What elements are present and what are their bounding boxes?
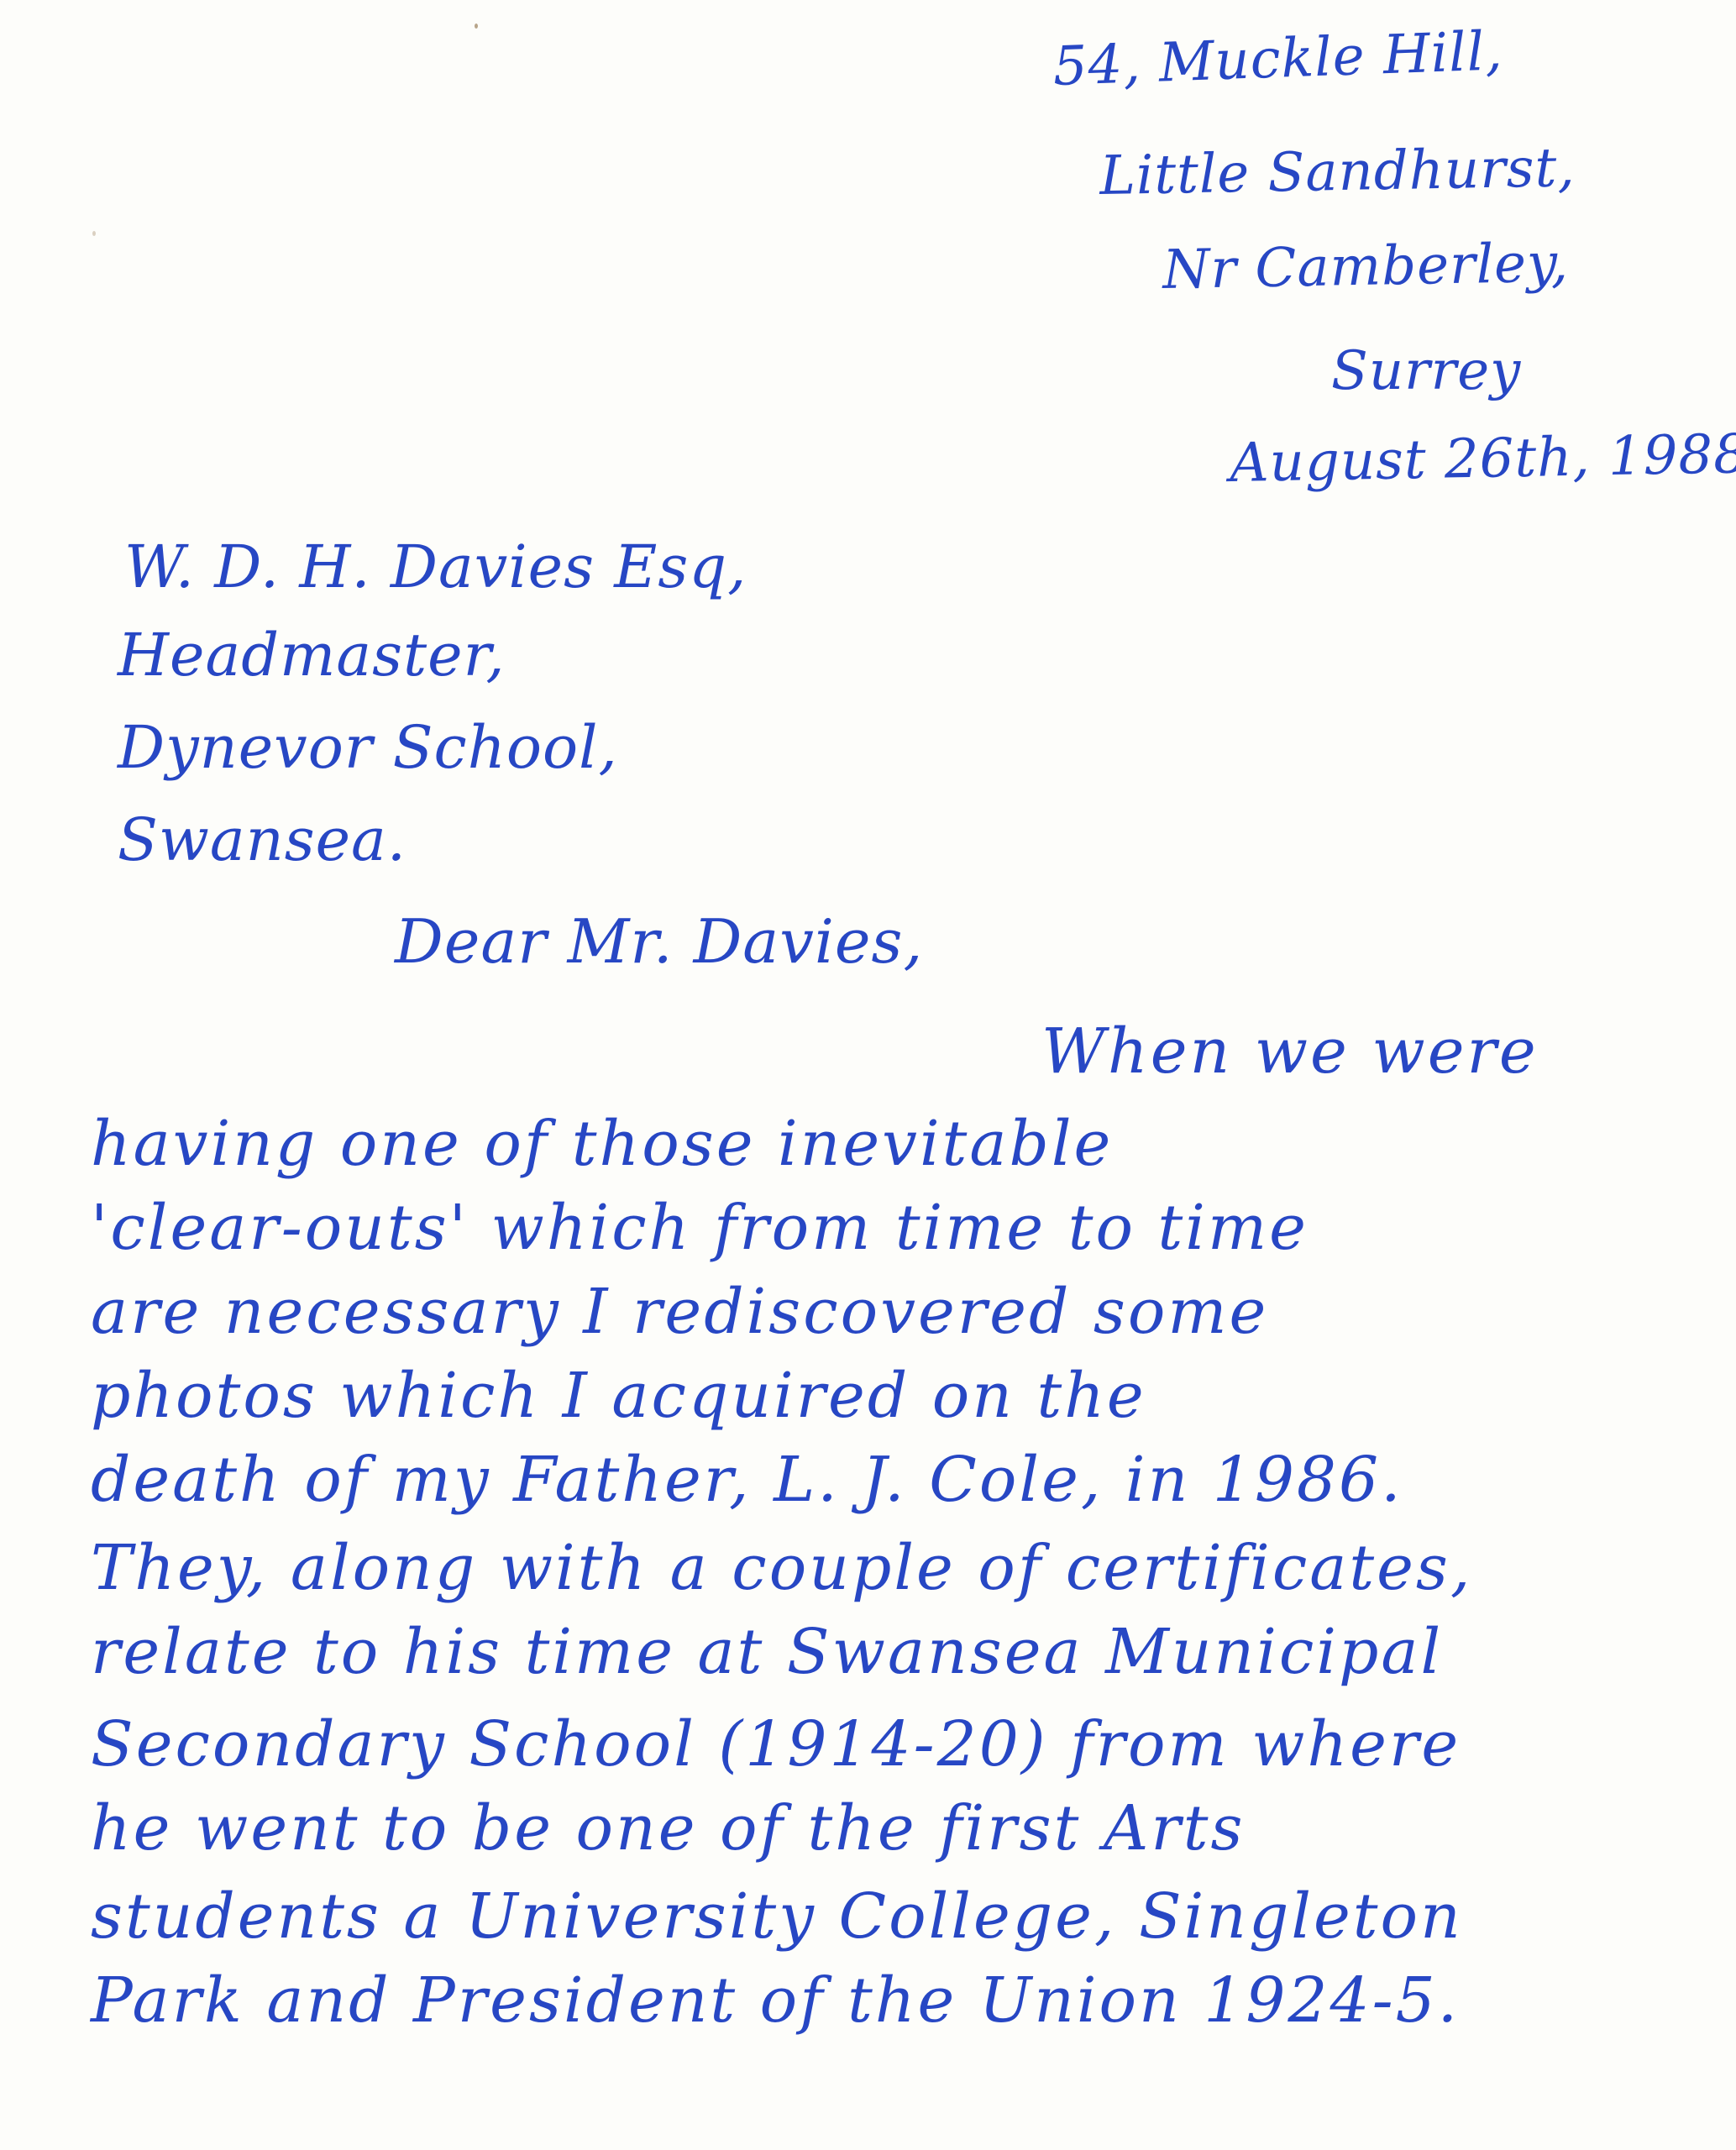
body-line: students a University College, Singleton <box>91 1885 1463 1948</box>
sender-address-line: Little Sandhurst, <box>1099 141 1576 203</box>
body-line: They, along with a couple of certificate… <box>91 1537 1472 1599</box>
paper-speck <box>92 231 96 236</box>
body-line: Secondary School (1914-20) from where <box>91 1713 1461 1775</box>
sender-address-line: Surrey <box>1331 344 1521 398</box>
recipient-line: Headmaster, <box>118 626 506 684</box>
body-line: are necessary I rediscovered some <box>91 1281 1268 1343</box>
letter-page: 54, Muckle Hill, Little Sandhurst, Nr Ca… <box>0 0 1736 2150</box>
body-line: Park and President of the Union 1924-5. <box>91 1969 1460 2032</box>
recipient-line: Dynevor School, <box>118 718 618 777</box>
body-line: death of my Father, L. J. Cole, in 1986. <box>91 1449 1403 1511</box>
letter-date: August 26th, 1988 <box>1230 427 1736 490</box>
body-line: 'clear-outs' which from time to time <box>91 1197 1309 1259</box>
sender-address-line: Nr Camberley, <box>1162 237 1570 297</box>
body-line: photos which I acquired on the <box>91 1365 1146 1427</box>
recipient-line: Swansea. <box>118 810 406 869</box>
salutation: Dear Mr. Davies, <box>395 911 923 972</box>
body-line: he went to be one of the first Arts <box>91 1797 1245 1859</box>
paper-speck <box>475 24 478 29</box>
recipient-line: W. D. H. Davies Esq, <box>124 537 747 596</box>
body-line: having one of those inevitable <box>91 1113 1113 1175</box>
sender-address-line: 54, Muckle Hill, <box>1052 24 1504 94</box>
body-line: relate to his time at Swansea Municipal <box>91 1621 1443 1683</box>
body-line: When we were <box>1041 1020 1539 1083</box>
